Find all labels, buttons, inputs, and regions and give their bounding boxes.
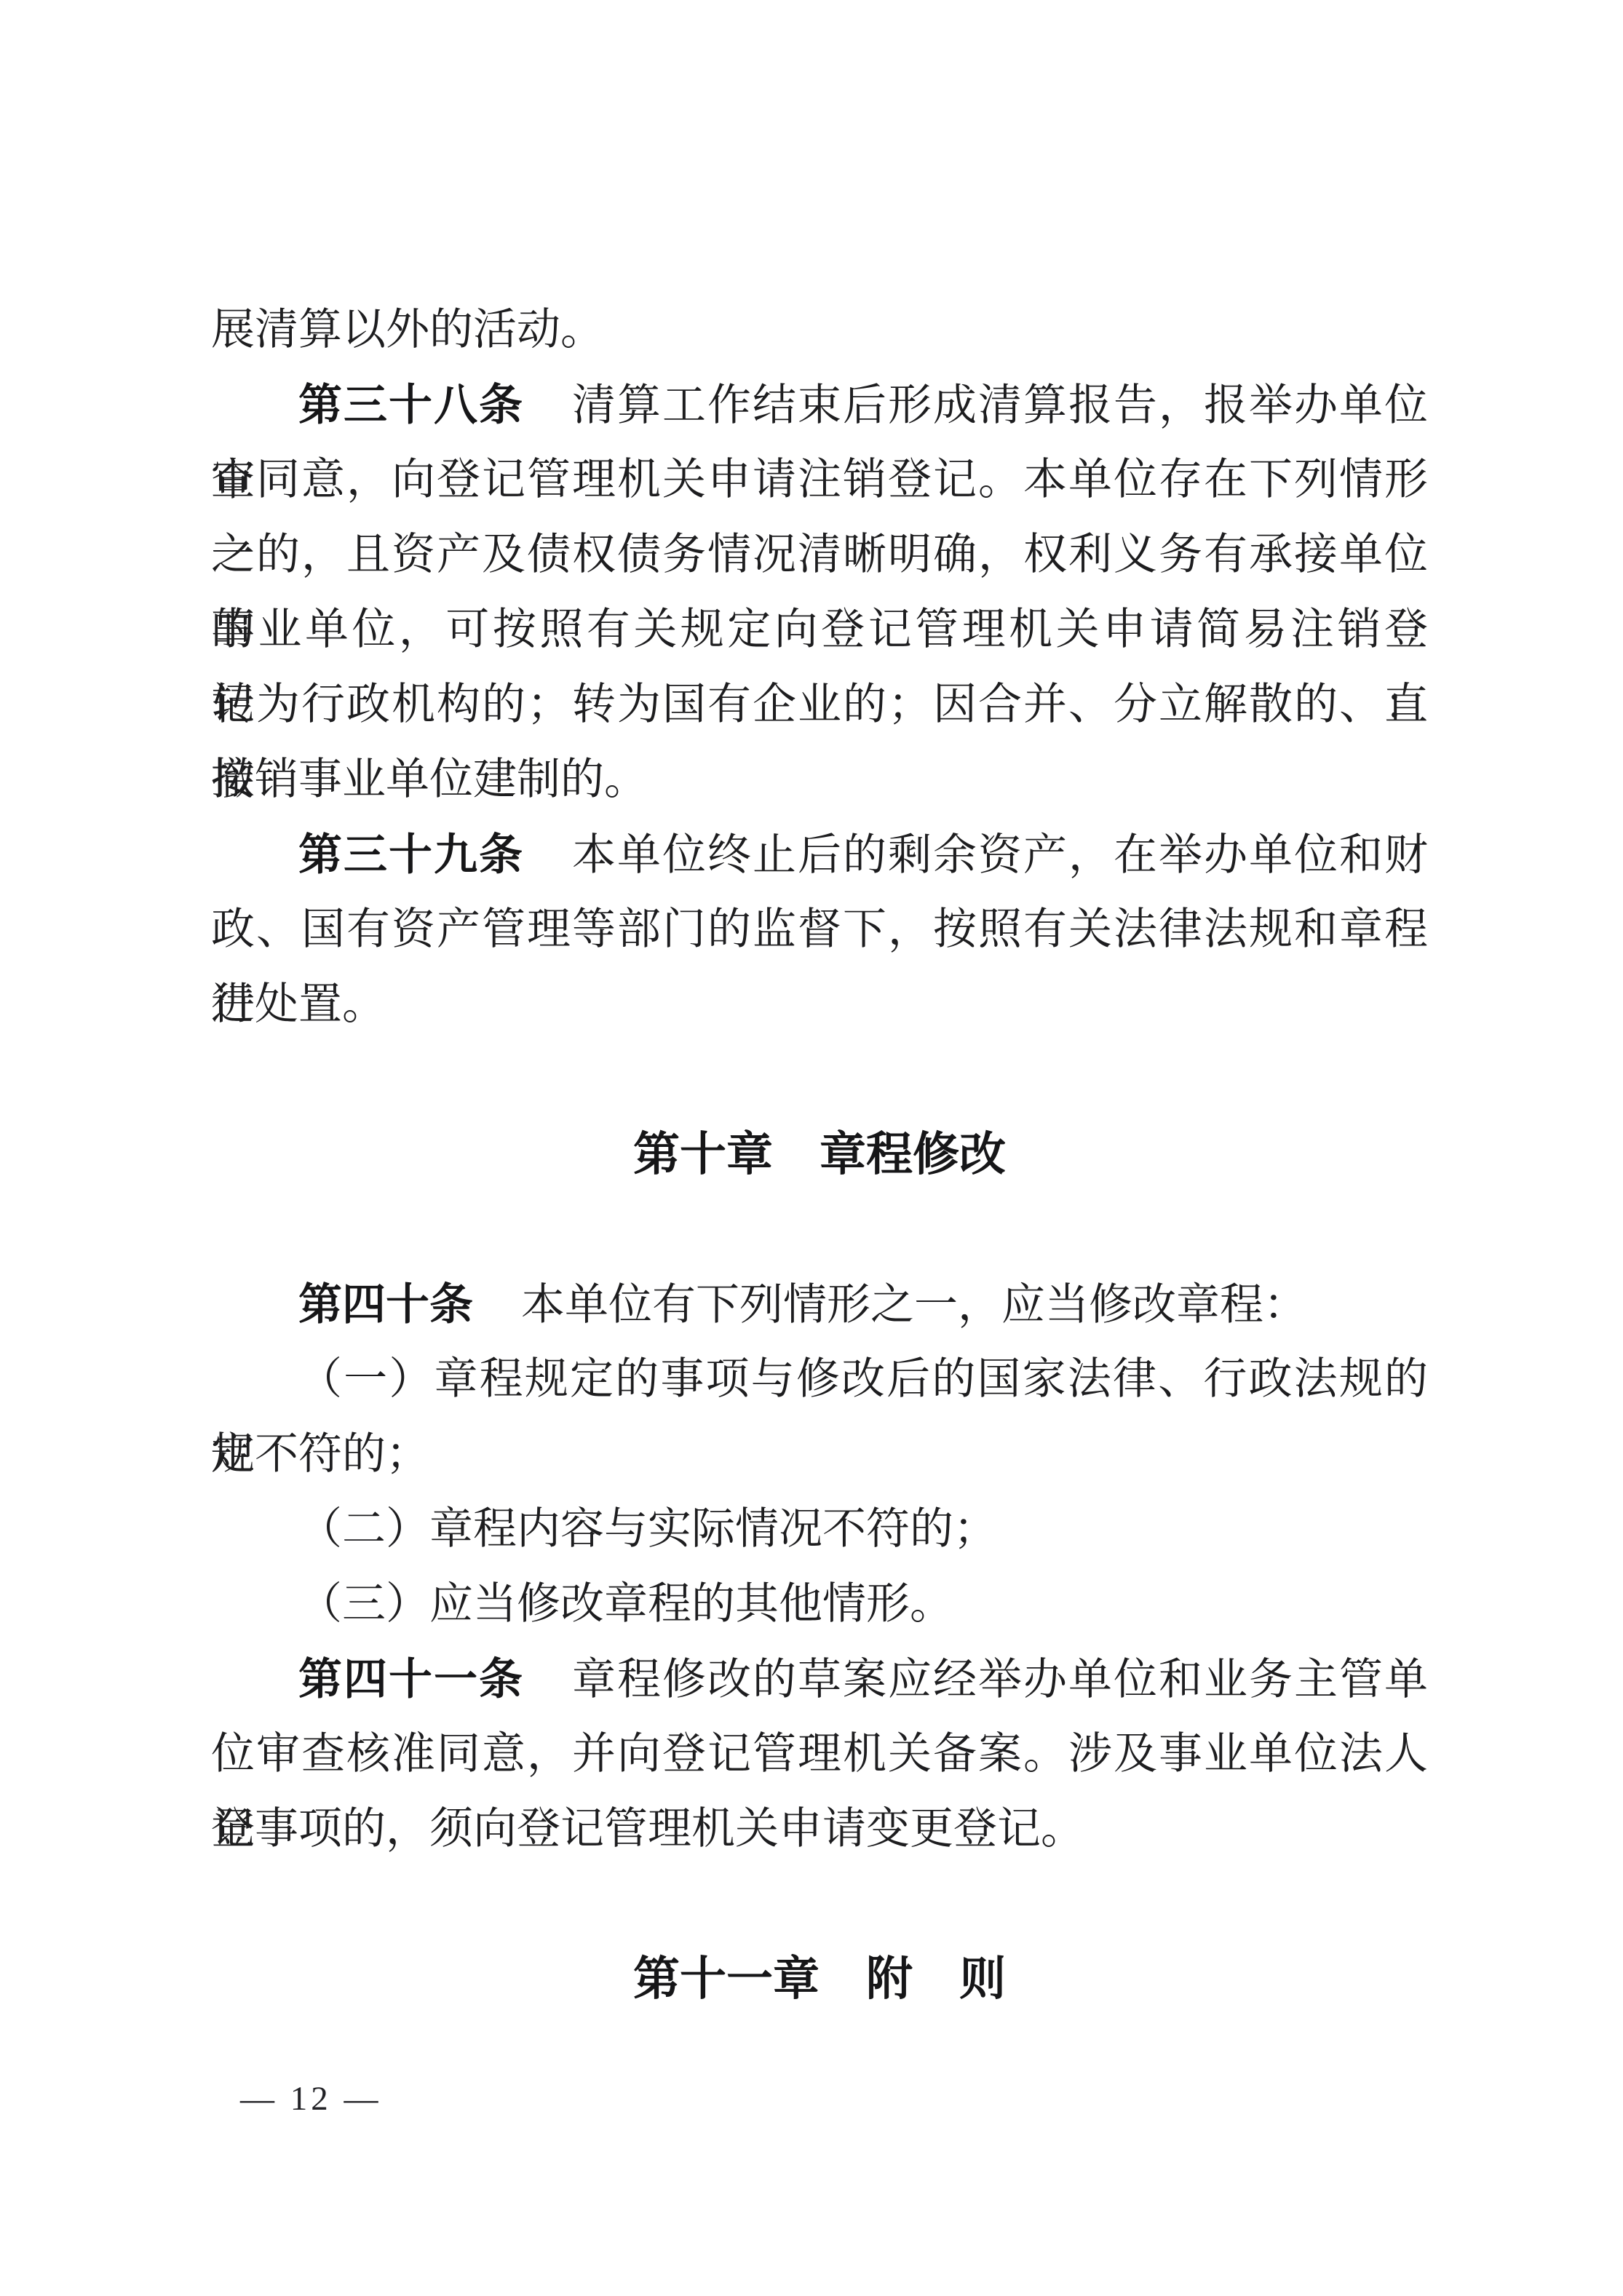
body-line: （三）应当修改章程的其他情形。 bbox=[211, 1567, 1428, 1642]
article-number: 第四十一条 bbox=[298, 1655, 524, 1704]
body-line: 撤销事业单位建制的。 bbox=[211, 742, 1428, 817]
line-text: 章程修改的草案应经举办单位和业务主管单 bbox=[572, 1656, 1428, 1704]
body-line: 位审查核准同意，并向登记管理机关备案。涉及事业单位法人登 bbox=[211, 1717, 1428, 1792]
line-text: 撤销事业单位建制的。 bbox=[211, 755, 648, 803]
chapter-heading: 第十一章 附 则 bbox=[211, 1942, 1428, 2017]
spacer-line bbox=[211, 1867, 1428, 1942]
page-number: — 12 — bbox=[240, 2073, 382, 2125]
body-line: 查同意，向登记管理机关申请注销登记。本单位存在下列情形之 bbox=[211, 442, 1428, 517]
line-text: 行处置。 bbox=[211, 980, 386, 1028]
line-text: （二）章程内容与实际情况不符的； bbox=[298, 1505, 997, 1553]
spacer-line bbox=[211, 1042, 1428, 1117]
line-text: 记事项的，须向登记管理机关申请变更登记。 bbox=[211, 1805, 1084, 1853]
body-line: 第四十条本单位有下列情形之一，应当修改章程： bbox=[211, 1267, 1428, 1342]
article-number: 第四十条 bbox=[298, 1280, 473, 1329]
body-line: 定不符的； bbox=[211, 1417, 1428, 1492]
article-number: 第三十八条 bbox=[298, 381, 524, 429]
article-number: 第三十九条 bbox=[298, 830, 524, 879]
body-line: 记事项的，须向登记管理机关申请变更登记。 bbox=[211, 1792, 1428, 1867]
line-text: 展清算以外的活动。 bbox=[211, 306, 604, 354]
body-line: （二）章程内容与实际情况不符的； bbox=[211, 1492, 1428, 1567]
body-line: 展清算以外的活动。 bbox=[211, 293, 1428, 368]
body-line: 第四十一条章程修改的草案应经举办单位和业务主管单 bbox=[211, 1642, 1428, 1717]
body-line: 一的，且资产及债权债务情况清晰明确，权利义务有承接单位的 bbox=[211, 517, 1428, 592]
body-line: 行处置。 bbox=[211, 967, 1428, 1042]
body-line: （一）章程规定的事项与修改后的国家法律、行政法规的规 bbox=[211, 1342, 1428, 1417]
body-line: 事业单位，可按照有关规定向登记管理机关申请简易注销登记： bbox=[211, 592, 1428, 667]
body-line: 政、国有资产管理等部门的监督下，按照有关法律法规和章程进 bbox=[211, 892, 1428, 967]
text-block: 展清算以外的活动。第三十八条清算工作结束后形成清算报告，报举办单位审查同意，向登… bbox=[211, 293, 1428, 2017]
body-line: 第三十八条清算工作结束后形成清算报告，报举办单位审 bbox=[211, 368, 1428, 442]
line-text: 本单位有下列情形之一，应当修改章程： bbox=[521, 1281, 1307, 1329]
line-text: （三）应当修改章程的其他情形。 bbox=[298, 1580, 953, 1628]
line-text: 本单位终止后的剩余资产，在举办单位和财 bbox=[572, 831, 1428, 879]
document-page: 展清算以外的活动。第三十八条清算工作结束后形成清算报告，报举办单位审查同意，向登… bbox=[0, 0, 1623, 2296]
body-line: 转为行政机构的；转为国有企业的；因合并、分立解散的、直接 bbox=[211, 667, 1428, 742]
body-line: 第三十九条本单位终止后的剩余资产，在举办单位和财 bbox=[211, 817, 1428, 892]
spacer-line bbox=[211, 1192, 1428, 1267]
chapter-heading: 第十章 章程修改 bbox=[211, 1117, 1428, 1192]
line-text: 定不符的； bbox=[211, 1430, 429, 1478]
